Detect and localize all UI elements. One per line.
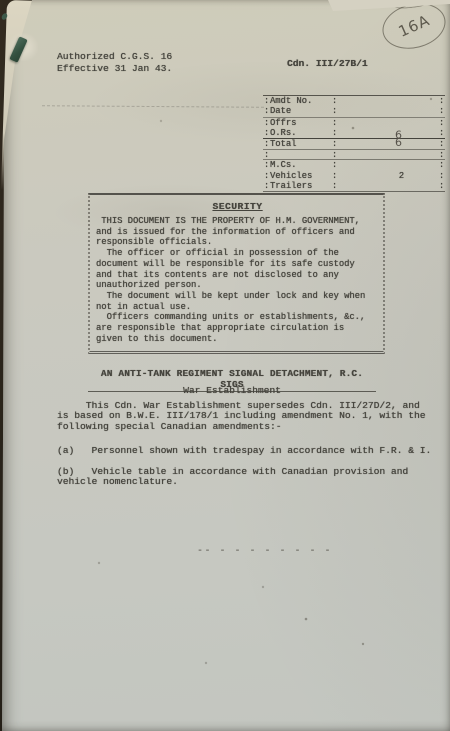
row-value-handwritten: 6 <box>338 138 438 148</box>
row-label: Vehicles <box>270 171 331 181</box>
table-row: M.Cs. <box>263 160 445 170</box>
row-label: Date <box>270 106 331 116</box>
security-notice-title: SECURITY <box>96 201 379 212</box>
document-page: Authorized C.G.S. 16 Effective 31 Jan 43… <box>0 0 450 731</box>
table-row: Date <box>263 106 445 117</box>
row-label: M.Cs. <box>270 160 331 170</box>
security-notice-box: SECURITY THIS DOCUMENT IS THE PROPERTY O… <box>88 193 385 354</box>
table-row: Total6 <box>263 139 445 150</box>
table-row: Vehicles2 <box>263 171 445 181</box>
row-value: 2 <box>338 171 438 181</box>
row-label: O.Rs. <box>270 128 331 138</box>
establishment-subtitle: War Establishment <box>88 385 376 396</box>
pencil-guide-line <box>42 105 264 108</box>
amendment-table: Amdt No. Date Offrs O.Rs.6 Total6 M.Cs. … <box>263 95 445 192</box>
table-row: Trailers <box>263 181 445 191</box>
row-label: Offrs <box>270 118 331 128</box>
row-label: Amdt No. <box>270 96 331 106</box>
paper-speckles <box>0 0 2 2</box>
establishment-reference: Cdn. III/27B/1 <box>287 58 368 69</box>
page-number-stamp: 16A <box>378 0 450 55</box>
page-number-text: 16A <box>396 11 433 41</box>
authorization-note: Authorized C.G.S. 16 Effective 31 Jan 43… <box>57 51 172 74</box>
separator-dashes: -- - - - - - - - - <box>197 546 332 557</box>
scanned-document: Authorized C.G.S. 16 Effective 31 Jan 43… <box>0 0 450 731</box>
table-row: Amdt No. <box>263 96 445 106</box>
row-label: Trailers <box>270 181 331 191</box>
table-row: Offrs <box>263 118 445 128</box>
table-row-spacer <box>263 150 445 160</box>
amendment-item-b: (b) Vehicle table in accordance with Can… <box>57 467 447 488</box>
row-label: Total <box>270 139 331 149</box>
amendment-item-a: (a) Personnel shown with tradespay in ac… <box>57 446 447 456</box>
superseding-paragraph: This Cdn. War Establishment supersedes C… <box>57 401 447 432</box>
security-notice-body: THIS DOCUMENT IS THE PROPERTY OF H.M. GO… <box>96 216 379 344</box>
